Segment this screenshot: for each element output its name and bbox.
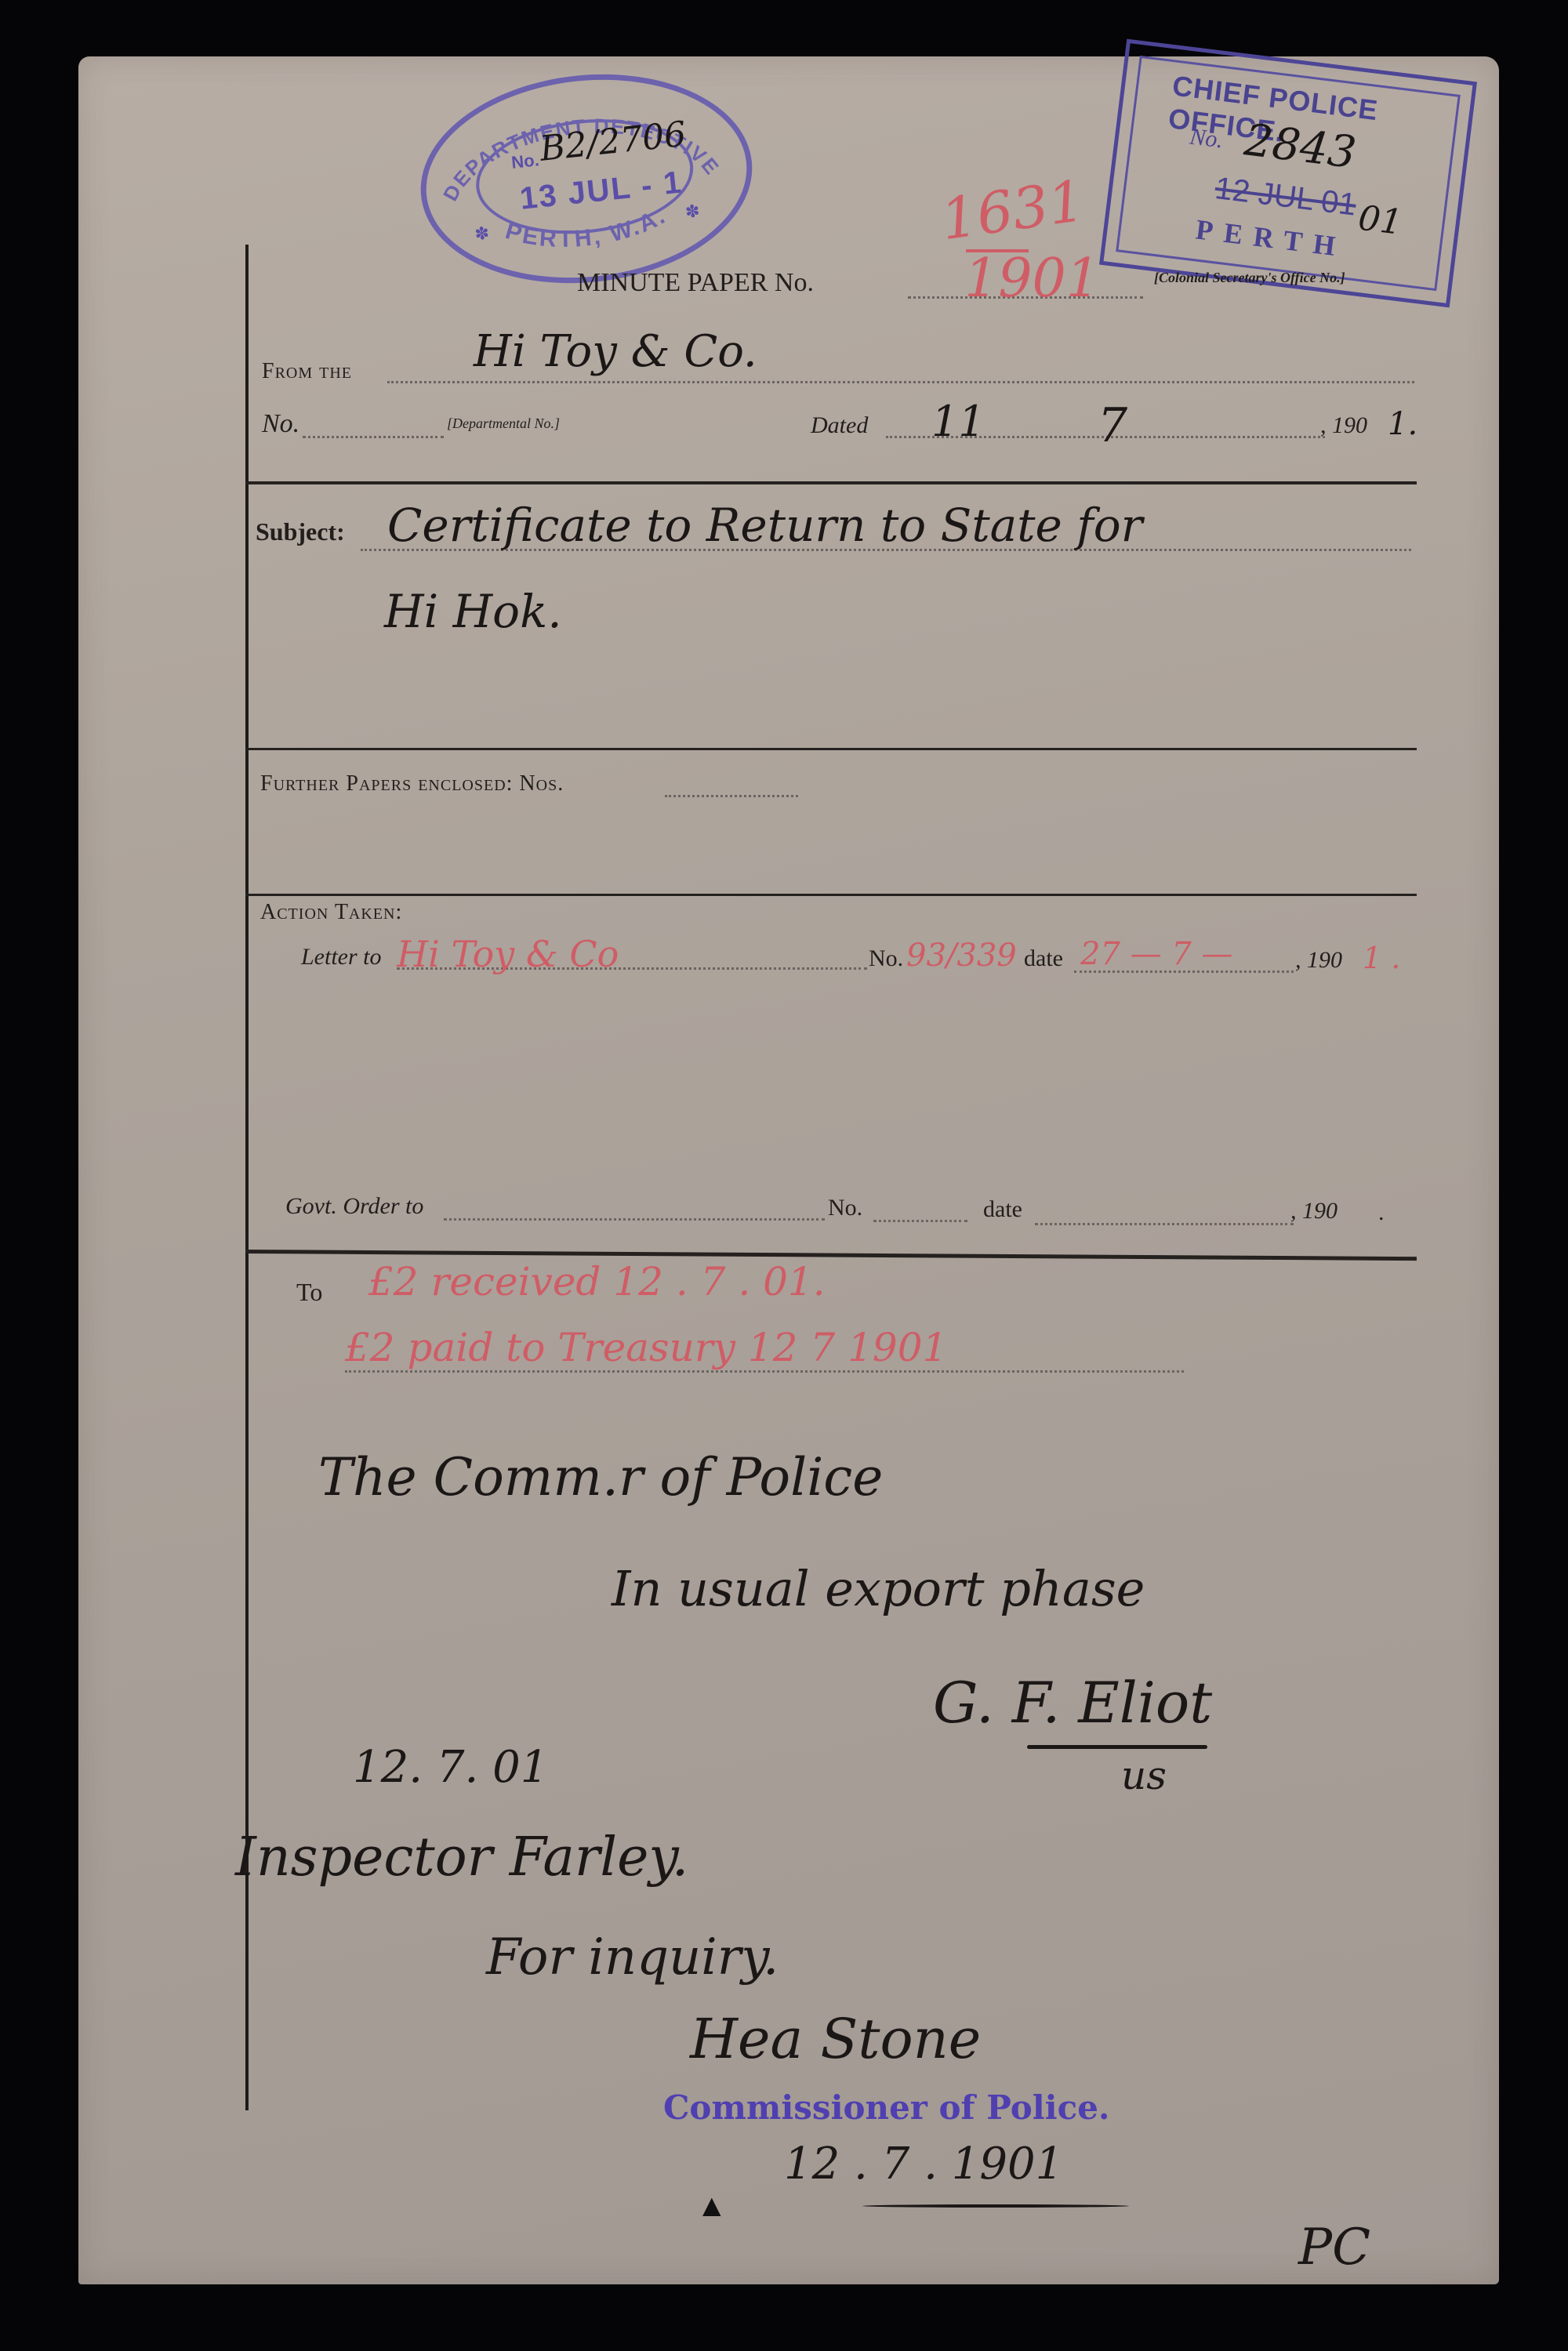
dept-no-label: No. (262, 409, 299, 439)
dated-label: Dated (811, 412, 868, 439)
colonial-secretary-label: [Colonial Secretary's Office No.] (1154, 270, 1345, 286)
minute-addressee: The Comm.r of Police (318, 1447, 883, 1507)
dated-year-suffix: 1. (1388, 406, 1417, 442)
commissioner-stamp: Commissioner of Police. (663, 2088, 1110, 2127)
commissioner-date: 12 . 7 . 1901 (784, 2139, 1063, 2190)
to-line (345, 1370, 1184, 1373)
instruction-inquiry: For inquiry. (486, 1928, 779, 1986)
minute-paper-sheet (78, 56, 1499, 2284)
dated-day: 11 (931, 397, 985, 446)
govt-year-end: . (1378, 1199, 1385, 1226)
subject-line-1: Certificate to Return to State for (387, 499, 1142, 552)
letter-no-label: No. (869, 945, 903, 972)
ornament-icon: ✽ (684, 201, 701, 223)
section-divider (245, 748, 1417, 750)
from-label: From the (262, 359, 352, 384)
commissioner-signature: Hea Stone (690, 2007, 981, 2071)
chief-police-office-stamp: CHIEF POLICE OFFICE. No. 2843 12 JUL 01 … (1099, 39, 1477, 308)
dept-no-line (303, 436, 444, 438)
letter-year-suffix: 1 . (1363, 941, 1400, 975)
letter-no-value: 93/339 (906, 938, 1017, 974)
stamp-no-label: No. (1189, 124, 1225, 154)
govt-no-line (873, 1220, 967, 1222)
minute-date: 12. 7. 01 (353, 1742, 548, 1793)
red-note-received: £2 received 12 . 7 . 01. (368, 1259, 826, 1304)
subject-line-2: Hi Hok. (384, 585, 562, 638)
govt-date-label: date (983, 1196, 1022, 1223)
action-taken-label: Action Taken: (260, 900, 402, 925)
signature-sub: us (1121, 1753, 1167, 1798)
letter-year-prefix: , 190 (1295, 947, 1342, 974)
section-divider (245, 894, 1417, 896)
ink-blot-mark: ▲ (696, 2187, 728, 2224)
instruction-inspector: Inspector Farley. (235, 1827, 688, 1888)
dated-year-prefix: , 190 (1320, 412, 1367, 439)
from-line (387, 381, 1414, 383)
letter-date-value: 27 — 7 — (1080, 936, 1233, 972)
subject-label: Subject: (256, 517, 345, 546)
minute-paper-label: MINUTE PAPER No. (577, 268, 814, 298)
section-divider (245, 481, 1417, 484)
further-papers-line (665, 795, 798, 797)
initials: PC (1298, 2219, 1370, 2277)
letter-date-label: date (1024, 945, 1063, 972)
signature-eliot: G. F. Eliot (933, 1670, 1212, 1736)
govt-order-label: Govt. Order to (285, 1193, 423, 1220)
letter-to-value: Hi Toy & Co (397, 933, 619, 975)
govt-order-line (444, 1218, 825, 1221)
govt-date-line (1035, 1223, 1294, 1225)
stamp-date-handwritten: 01 (1356, 198, 1405, 243)
dated-month: 7 (1098, 398, 1127, 453)
commissioner-date-underline (862, 2204, 1129, 2208)
from-value: Hi Toy & Co. (474, 326, 757, 377)
letter-to-label: Letter to (301, 944, 382, 971)
further-papers-label: Further Papers enclosed: Nos. (260, 771, 564, 796)
minute-body: In usual export phase (612, 1560, 1145, 1617)
stamp-no-label: No. (510, 150, 540, 173)
minute-paper-number-bottom: 1901 (964, 248, 1100, 310)
ornament-icon: ✽ (474, 223, 490, 245)
red-note-treasury: £2 paid to Treasury 12 7 1901 (345, 1325, 947, 1370)
to-label: To (296, 1278, 322, 1307)
dept-no-hint: [Departmental No.] (447, 415, 560, 432)
signature-underline (1027, 1745, 1207, 1749)
govt-year: , 190 (1290, 1198, 1338, 1224)
govt-no-label: No. (828, 1195, 862, 1221)
